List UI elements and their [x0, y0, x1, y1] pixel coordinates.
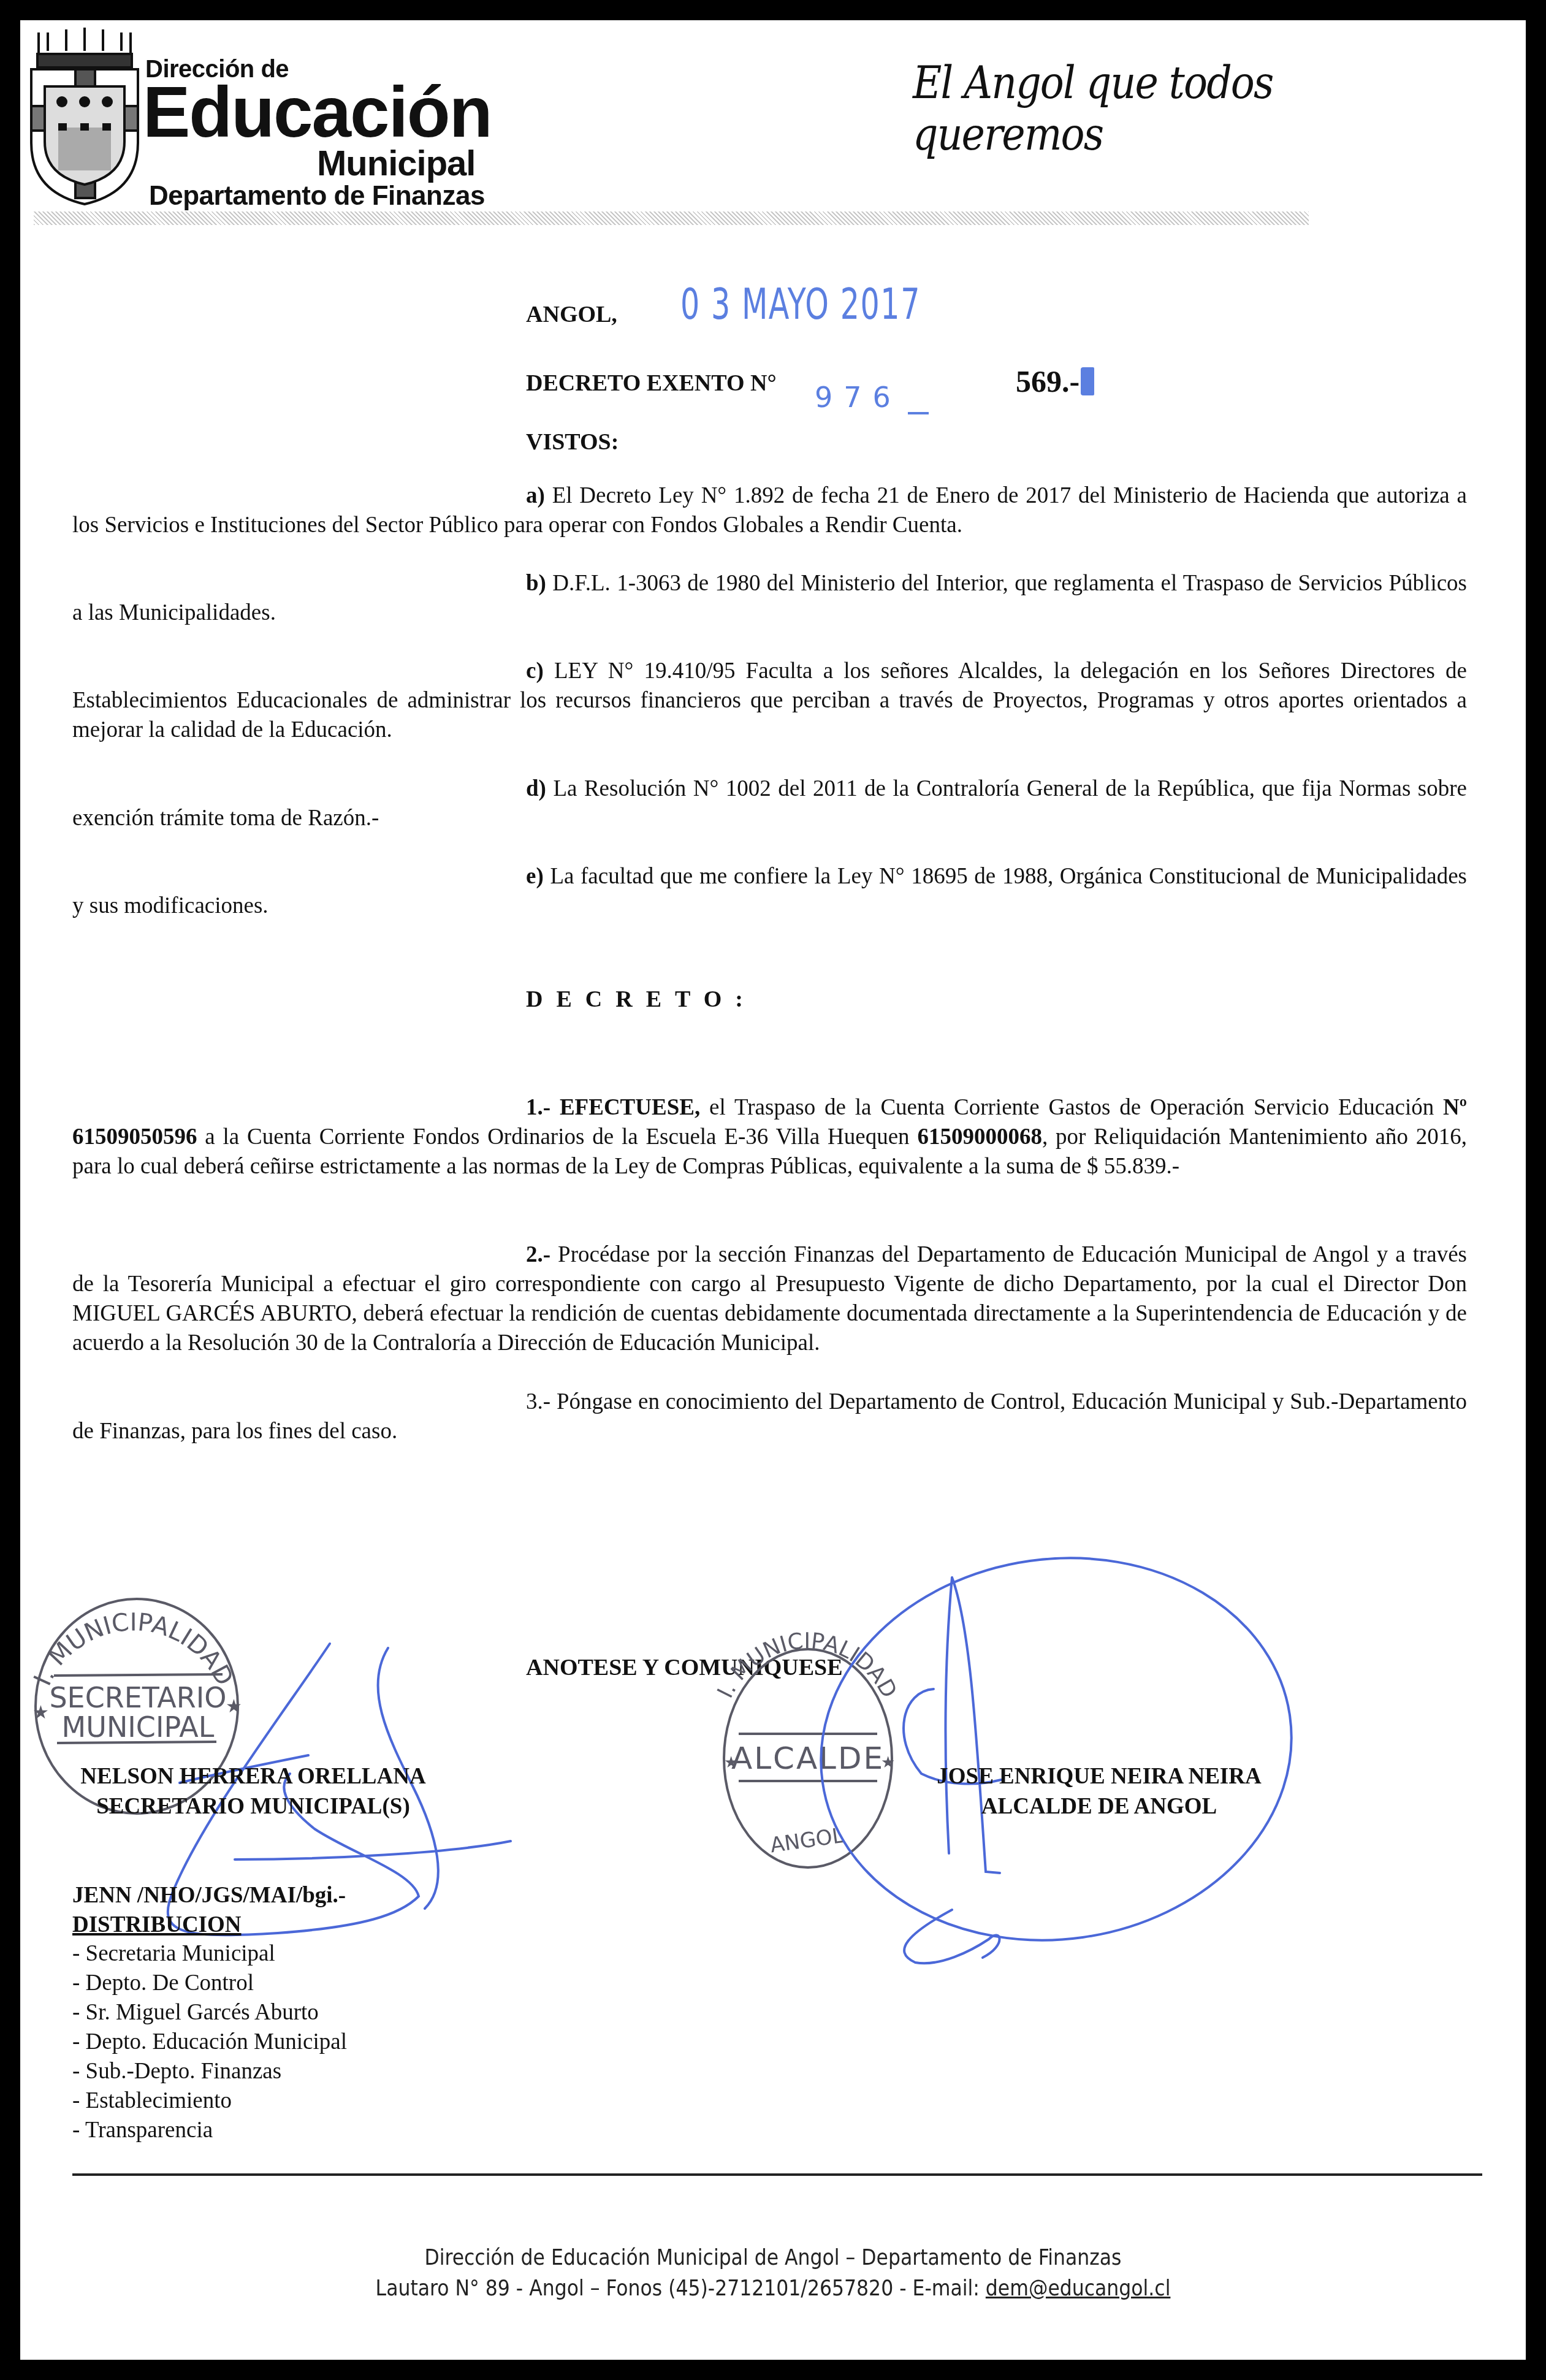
visto-letter: b) — [526, 571, 546, 596]
svg-text:SECRETARIO: SECRETARIO — [49, 1681, 226, 1714]
resolution-number: 1.- — [526, 1095, 550, 1120]
distribution-heading: DISTRIBUCION — [72, 1910, 346, 1940]
distribution-item: - Depto. De Control — [72, 1969, 347, 1998]
ink-mark — [1081, 367, 1094, 395]
svg-text:★: ★ — [32, 1703, 49, 1723]
visto-letter: c) — [526, 658, 544, 684]
decree-number: 569.- — [1016, 364, 1094, 399]
distribution-item: - Secretaria Municipal — [72, 1939, 347, 1969]
place-label: ANGOL, — [526, 301, 617, 328]
decree-number-text: 569.- — [1016, 364, 1080, 399]
visto-a: a) El Decreto Ley N° 1.892 de fecha 21 d… — [72, 481, 1467, 540]
coat-of-arms-icon — [20, 20, 149, 210]
resolution-3: 3.- Póngase en conocimiento del Departam… — [72, 1387, 1467, 1446]
mayor-title: ALCALDE DE ANGOL — [903, 1791, 1295, 1821]
decree-stamp-digits: 976 — [815, 381, 902, 414]
svg-text:★: ★ — [881, 1753, 895, 1771]
distribution-list: - Secretaria Municipal - Depto. De Contr… — [72, 1939, 347, 2145]
visto-letter: e) — [526, 864, 544, 889]
resolution-number: 2.- — [526, 1242, 550, 1267]
mayor-name: JOSE ENRIQUE NEIRA NEIRA — [903, 1761, 1295, 1791]
svg-text:★: ★ — [724, 1753, 738, 1771]
secretary-signature-block: NELSON HERRERA ORELLANA SECRETARIO MUNIC… — [45, 1761, 462, 1821]
visto-e: e) La facultad que me confiere la Ley N°… — [72, 862, 1467, 921]
resolution-text: a la Cuenta Corriente Fondos Ordinarios … — [197, 1124, 918, 1150]
visto-text: El Decreto Ley N° 1.892 de fecha 21 de E… — [72, 483, 1467, 538]
footer-line1: Dirección de Educación Municipal de Ango… — [20, 2246, 1526, 2270]
svg-text:I. MUNICIPALIDAD: I. MUNICIPALIDAD — [28, 1608, 238, 1690]
resolution-text: Procédase por la sección Finanzas del De… — [72, 1242, 1467, 1356]
distribution-item: - Transparencia — [72, 2116, 347, 2145]
resolution-1: 1.- EFECTUESE, el Traspaso de la Cuenta … — [72, 1093, 1467, 1181]
footer-rule — [72, 2173, 1482, 2176]
resolution-text: el Traspaso de la Cuenta Corriente Gasto… — [700, 1095, 1443, 1120]
closing-text: ANOTESE Y COMUNIQUESE — [526, 1654, 843, 1681]
visto-letter: d) — [526, 776, 546, 801]
vistos-heading: VISTOS: — [526, 429, 619, 456]
mayor-signature-block: JOSE ENRIQUE NEIRA NEIRA ALCALDE DE ANGO… — [903, 1761, 1295, 1821]
header-motto: El Angol que todos queremos — [913, 57, 1464, 160]
distribution-item: - Establecimiento — [72, 2086, 347, 2116]
stamp-underline — [908, 412, 929, 414]
visto-c: c) LEY N° 19.410/95 Faculta a los señore… — [72, 657, 1467, 745]
visto-text: D.F.L. 1-3063 de 1980 del Ministerio del… — [72, 571, 1467, 625]
visto-letter: a) — [526, 483, 545, 508]
secretary-name: NELSON HERRERA ORELLANA — [45, 1761, 462, 1791]
mayor-signature — [796, 1528, 1317, 1970]
footer-email-link[interactable]: dem@educangol.cl — [986, 2276, 1171, 2301]
resolution-keyword: EFECTUESE, — [560, 1095, 700, 1120]
distribution-item: - Sub.-Depto. Finanzas — [72, 2057, 347, 2086]
visto-text: LEY N° 19.410/95 Faculta a los señores A… — [72, 658, 1467, 742]
account-to: 61509000068 — [917, 1124, 1042, 1150]
resolution-number: 3.- — [526, 1389, 550, 1414]
visto-text: La facultad que me confiere la Ley N° 18… — [72, 864, 1467, 918]
decree-label: DECRETO EXENTO N° — [526, 370, 777, 397]
svg-text:ALCALDE: ALCALDE — [731, 1741, 885, 1776]
visto-d: d) La Resolución N° 1002 del 2011 de la … — [72, 774, 1467, 833]
initials: JENN /NHO/JGS/MAI/bgi.- — [72, 1881, 346, 1910]
header-line3: Municipal — [317, 143, 475, 184]
decree-stamp-number: 976 — [815, 381, 929, 414]
distribution-item: - Sr. Miguel Garcés Aburto — [72, 1998, 347, 2027]
initials-block: JENN /NHO/JGS/MAI/bgi.- DISTRIBUCION — [72, 1881, 346, 1940]
resolution-2: 2.- Procédase por la sección Finanzas de… — [72, 1240, 1467, 1358]
footer-address: Lautaro N° 89 - Angol – Fonos (45)-27121… — [376, 2276, 986, 2301]
document-page: Dirección de Educación Municipal Departa… — [20, 20, 1526, 2360]
resolution-text: Póngase en conocimiento del Departamento… — [72, 1389, 1467, 1444]
header-department: Departamento de Finanzas — [149, 181, 485, 212]
visto-b: b) D.F.L. 1-3063 de 1980 del Ministerio … — [72, 569, 1467, 628]
svg-text:★: ★ — [226, 1696, 242, 1717]
header-divider — [34, 212, 1309, 225]
visto-text: La Resolución N° 1002 del 2011 de la Con… — [72, 776, 1467, 831]
distribution-item: - Depto. Educación Municipal — [72, 2027, 347, 2057]
svg-text:ANGOL: ANGOL — [769, 1823, 845, 1858]
date-stamp: 0 3 MAYO 2017 — [680, 279, 921, 329]
decreto-heading: DECRETO: — [526, 986, 756, 1013]
mayor-seal-icon — [724, 1649, 892, 1867]
secretary-title: SECRETARIO MUNICIPAL(S) — [45, 1791, 462, 1821]
header-title: Educación — [143, 77, 492, 148]
svg-text:MUNICIPAL: MUNICIPAL — [62, 1711, 215, 1744]
footer-line2: Lautaro N° 89 - Angol – Fonos (45)-27121… — [20, 2276, 1526, 2301]
